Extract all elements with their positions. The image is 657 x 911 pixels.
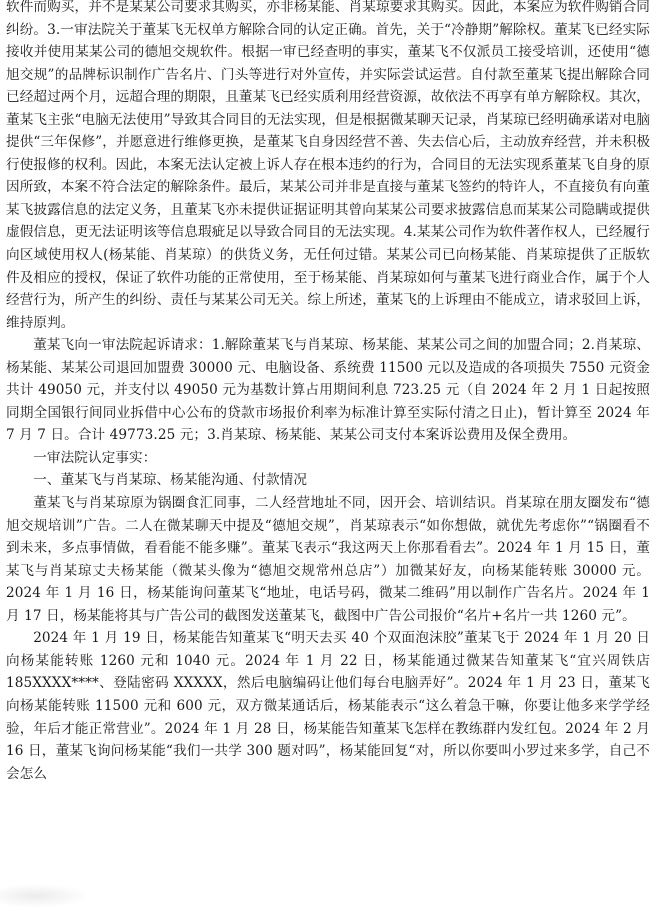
paragraph-payments: 2024 年 1 月 19 日，杨某能告知董某飞“明天去买 40 个双面泡沫胶”… [6, 627, 650, 785]
section-heading-communication-payment: 一、董某飞与肖某琼、杨某能沟通、付款情况 [6, 469, 650, 492]
document-body: 软件而购买，并不是某某公司要求其购买，亦非杨某能、肖某琼要求其购买。因此，本案应… [6, 0, 650, 785]
paragraph-claims: 董某飞向一审法院起诉请求：1.解除董某飞与肖某琼、杨某能、某某公司之间的加盟合同… [6, 334, 650, 447]
watermark-smudge [0, 884, 90, 908]
paragraph-facts-heading: 一审法院认定事实： [6, 447, 650, 470]
paragraph-background: 董某飞与肖某琼原为锅圈食汇同事，二人经营地址不同，因开会、培训结识。肖某琼在朋友… [6, 492, 650, 627]
paragraph-appellee-defense: 软件而购买，并不是某某公司要求其购买，亦非杨某能、肖某琼要求其购买。因此，本案应… [6, 0, 650, 334]
